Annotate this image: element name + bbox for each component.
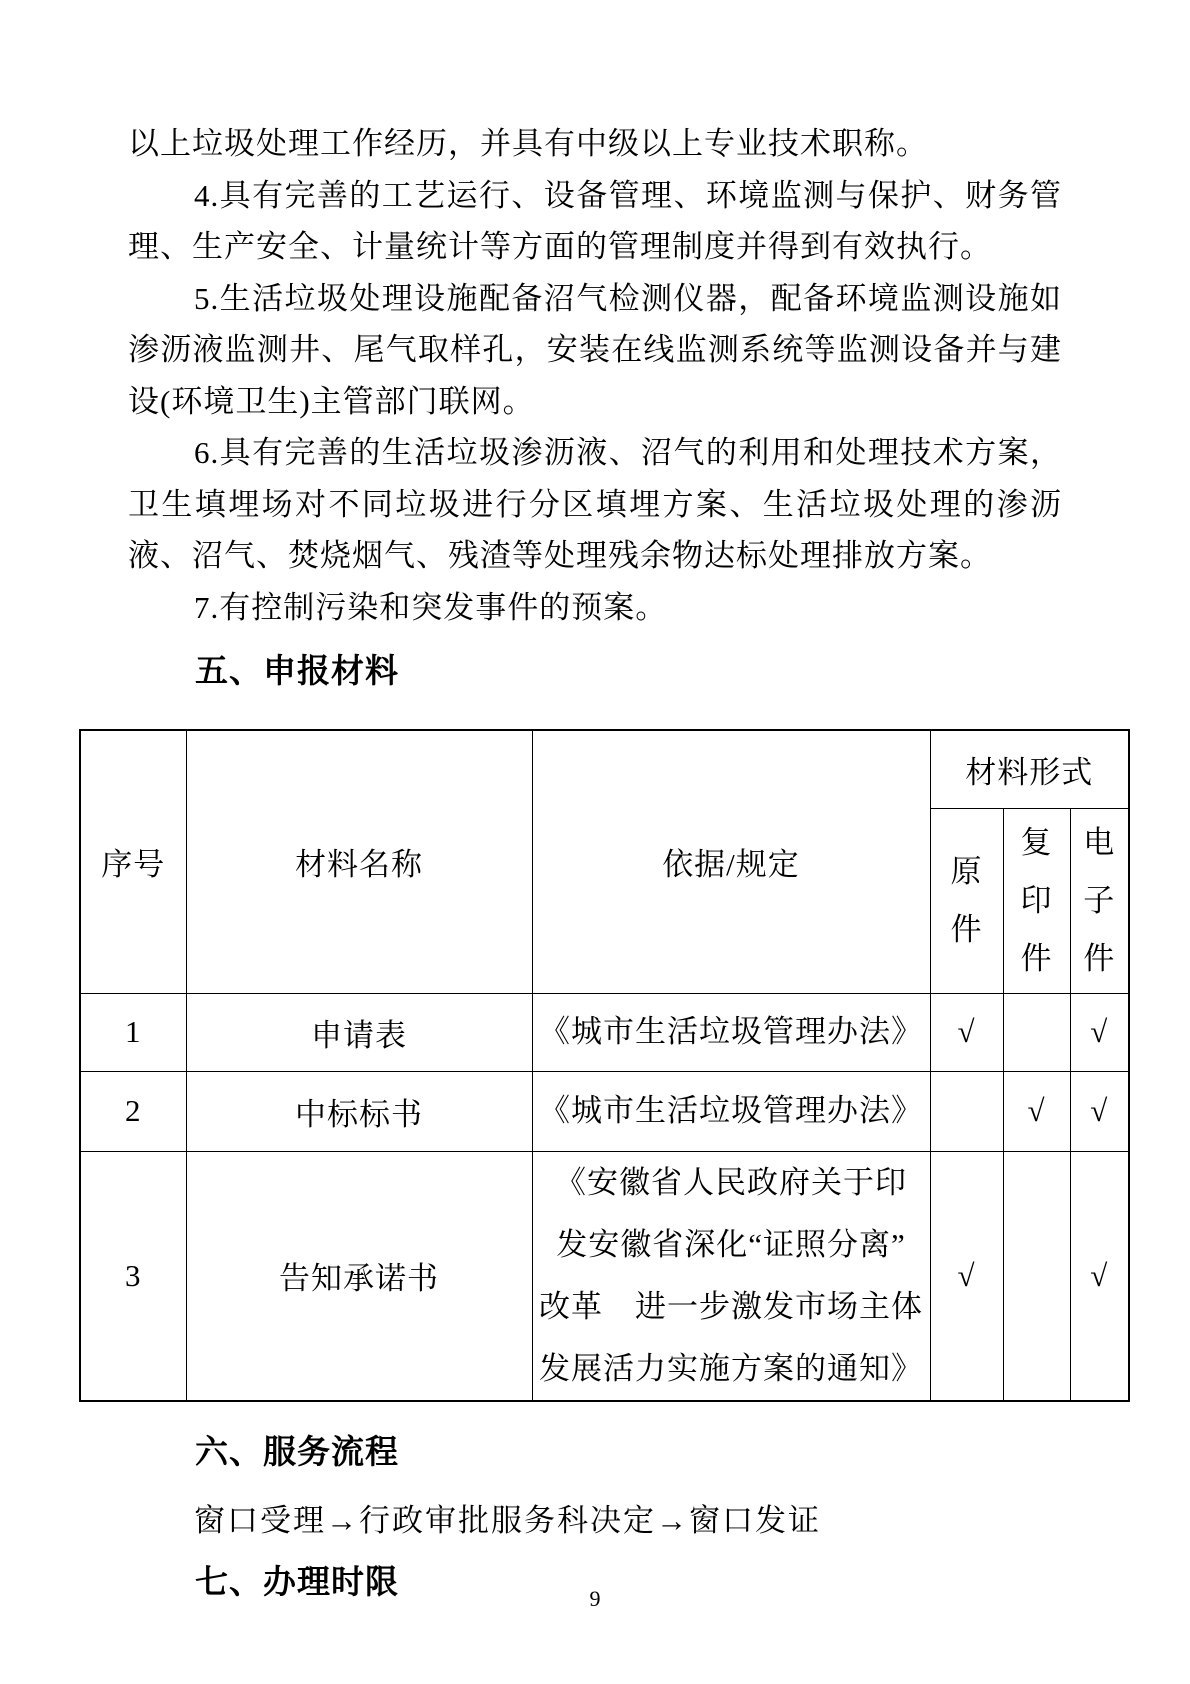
body-text-line: 5.生活垃圾处理设施配备沼气检测仪器，配备环境监测设施如 bbox=[128, 273, 1062, 325]
page-number: 9 bbox=[0, 1586, 1190, 1612]
cell-check-electronic: √ bbox=[1070, 1071, 1129, 1151]
cell-check-electronic: √ bbox=[1070, 993, 1129, 1071]
cell-check-copy: √ bbox=[1003, 1071, 1070, 1151]
cell-basis: 《安徽省人民政府关于印 发安徽省深化“证照分离” 改革 进一步激发市场主体 发展… bbox=[532, 1151, 930, 1401]
cell-check-copy bbox=[1003, 993, 1070, 1071]
cell-basis: 《城市生活垃圾管理办法》 bbox=[532, 993, 930, 1071]
cell-check-original bbox=[930, 1071, 1003, 1151]
body-text-line: 理、生产安全、计量统计等方面的管理制度并得到有效执行。 bbox=[128, 221, 1062, 273]
body-text-line: 6.具有完善的生活垃圾渗沥液、沼气的利用和处理技术方案， bbox=[128, 427, 1062, 479]
service-flow-text: 窗口受理→行政审批服务科决定→窗口发证 bbox=[79, 1496, 1128, 1546]
cell-no: 3 bbox=[80, 1151, 186, 1401]
header-electronic: 电子件 bbox=[1070, 808, 1129, 993]
cell-check-original: √ bbox=[930, 1151, 1003, 1401]
section-heading-process: 六、服务流程 bbox=[79, 1430, 1128, 1474]
body-text-line: 设(环境卫生)主管部门联网。 bbox=[128, 376, 1062, 428]
table-row: 2中标标书《城市生活垃圾管理办法》√√ bbox=[80, 1071, 1129, 1151]
materials-table-header: 序号 材料名称 依据/规定 材料形式 原件 复印件 电子件 bbox=[80, 730, 1129, 993]
cell-name: 申请表 bbox=[186, 993, 532, 1071]
cell-check-copy bbox=[1003, 1151, 1070, 1401]
table-row: 3告知承诺书《安徽省人民政府关于印 发安徽省深化“证照分离” 改革 进一步激发市… bbox=[80, 1151, 1129, 1401]
header-basis: 依据/规定 bbox=[532, 730, 930, 993]
body-text-line: 渗沥液监测井、尾气取样孔，安装在线监测系统等监测设备并与建 bbox=[128, 324, 1062, 376]
materials-table: 序号 材料名称 依据/规定 材料形式 原件 复印件 电子件 1申请表《城市生活垃… bbox=[79, 729, 1130, 1402]
body-text-line: 以上垃圾处理工作经历，并具有中级以上专业技术职称。 bbox=[128, 118, 1062, 170]
body-text-line: 液、沼气、焚烧烟气、残渣等处理残余物达标处理排放方案。 bbox=[128, 530, 1062, 582]
cell-check-original: √ bbox=[930, 993, 1003, 1071]
section-heading-materials: 五、申报材料 bbox=[79, 649, 1128, 693]
body-paragraphs: 以上垃圾处理工作经历，并具有中级以上专业技术职称。4.具有完善的工艺运行、设备管… bbox=[79, 118, 1128, 633]
materials-table-body: 1申请表《城市生活垃圾管理办法》√√2中标标书《城市生活垃圾管理办法》√√3告知… bbox=[80, 993, 1129, 1401]
body-text-line: 卫生填埋场对不同垃圾进行分区填埋方案、生活垃圾处理的渗沥 bbox=[128, 479, 1062, 531]
body-text-line: 4.具有完善的工艺运行、设备管理、环境监测与保护、财务管 bbox=[128, 170, 1062, 222]
page-content: 以上垃圾处理工作经历，并具有中级以上专业技术职称。4.具有完善的工艺运行、设备管… bbox=[79, 0, 1128, 1604]
header-form: 材料形式 bbox=[930, 730, 1129, 808]
body-text-line: 7.有控制污染和突发事件的预案。 bbox=[128, 582, 1062, 634]
header-original: 原件 bbox=[930, 808, 1003, 993]
document-page: 以上垃圾处理工作经历，并具有中级以上专业技术职称。4.具有完善的工艺运行、设备管… bbox=[0, 0, 1190, 1684]
header-copy: 复印件 bbox=[1003, 808, 1070, 993]
cell-check-electronic: √ bbox=[1070, 1151, 1129, 1401]
cell-no: 1 bbox=[80, 993, 186, 1071]
header-no: 序号 bbox=[80, 730, 186, 993]
cell-no: 2 bbox=[80, 1071, 186, 1151]
table-row: 1申请表《城市生活垃圾管理办法》√√ bbox=[80, 993, 1129, 1071]
cell-name: 告知承诺书 bbox=[186, 1151, 532, 1401]
cell-name: 中标标书 bbox=[186, 1071, 532, 1151]
header-name: 材料名称 bbox=[186, 730, 532, 993]
cell-basis: 《城市生活垃圾管理办法》 bbox=[532, 1071, 930, 1151]
